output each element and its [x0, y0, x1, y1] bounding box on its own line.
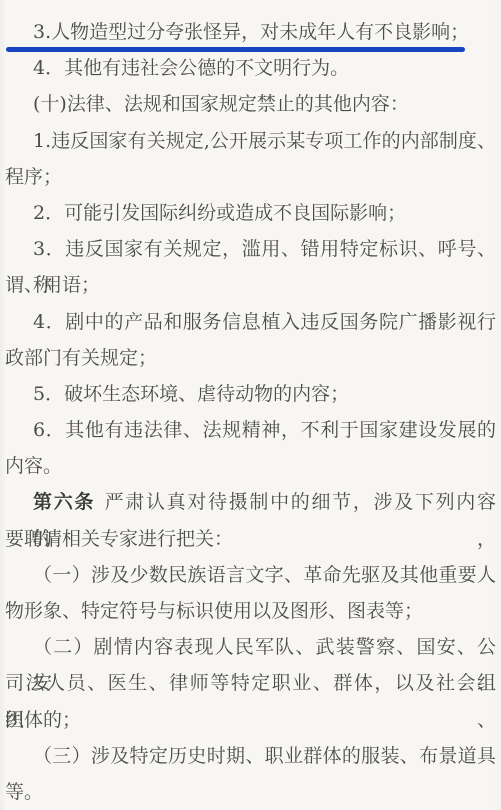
text-line: 程序；	[5, 159, 496, 195]
text-line: 等。	[5, 774, 496, 810]
text-line: 4．剧中的产品和服务信息植入违反国务院广播影视行	[5, 304, 496, 340]
text-line: 政部门有关规定；	[5, 340, 496, 376]
text-line: （三）涉及特定历史时期、职业群体的服装、布景道具	[5, 738, 496, 774]
text-line: 5．破坏生态环境、虐待动物的内容；	[5, 376, 496, 412]
text-line: 第六条严肃认真对待摄制中的细节，涉及下列内容的，	[5, 484, 496, 520]
article-number-heading: 第六条	[33, 491, 95, 513]
text-line: （一）涉及少数民族语言文字、革命先驱及其他重要人	[5, 557, 496, 593]
document-text: 3.人物造型过分夸张怪异，对未成年人有不良影响；4．其他有违社会公德的不文明行为…	[5, 14, 496, 810]
text-line: （二）剧情内容表现人民军队、武装警察、国安、公安、	[5, 629, 496, 665]
text-line: 2．可能引发国际纠纷或造成不良国际影响；	[5, 195, 496, 231]
text-line: 1.违反国家有关规定,公开展示某专项工作的内部制度、	[5, 123, 496, 159]
text-line: 3．违反国家有关规定，滥用、错用特定标识、呼号、称	[5, 231, 496, 267]
text-line: 内容。	[5, 448, 496, 484]
scanned-document-page: 3.人物造型过分夸张怪异，对未成年人有不良影响；4．其他有违社会公德的不文明行为…	[0, 0, 501, 810]
text-line: 6．其他有违法律、法规精神，不利于国家建设发展的	[5, 412, 496, 448]
text-line: (十)法律、法规和国家规定禁止的其他内容：	[5, 86, 496, 122]
text-line: 4．其他有违社会公德的不文明行为。	[5, 50, 496, 86]
text-line: 司法人员、医生、律师等特定职业、群体，以及社会组织、	[5, 665, 496, 701]
text-line: 谓、用语；	[5, 267, 496, 303]
underlined-text-line: 3.人物造型过分夸张怪异，对未成年人有不良影响；	[5, 14, 496, 50]
text-line: 物形象、特定符号与标识使用以及图形、图表等；	[5, 593, 496, 629]
